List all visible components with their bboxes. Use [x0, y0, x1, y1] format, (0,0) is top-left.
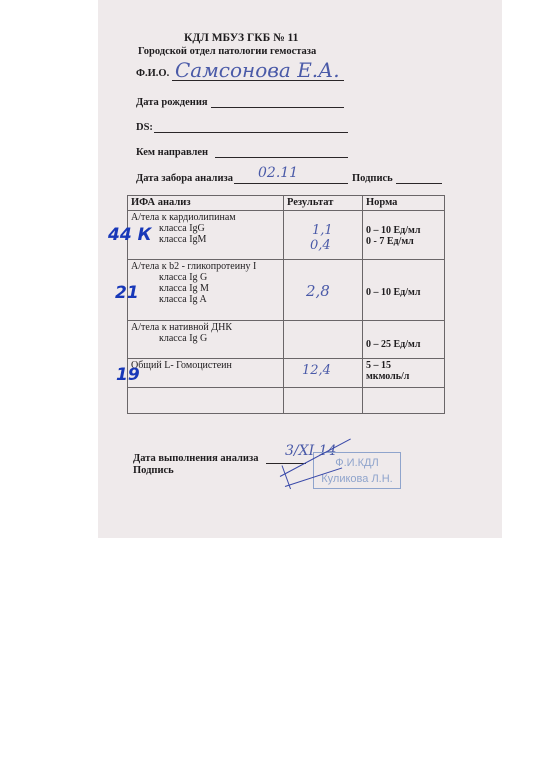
completion-date-label: Дата выполнения анализа	[133, 453, 258, 464]
fio-label: Ф.И.О.	[136, 68, 169, 79]
margin-mark: 19	[116, 365, 140, 385]
table-row: А/тела к нативной ДНК класса Ig G 0 – 25…	[128, 321, 445, 359]
column-header-norm: Норма	[363, 196, 445, 211]
referred-by-label: Кем направлен	[136, 147, 208, 158]
test-name: А/тела к b2 - гликопротеину I	[131, 261, 256, 272]
subtest-name: класса Ig G	[131, 333, 280, 344]
sample-signature-line	[396, 183, 442, 184]
department-title: Городской отдел патологии гемостаза	[138, 46, 316, 57]
ds-line	[154, 132, 348, 133]
column-header-test: ИФА анализ	[128, 196, 284, 211]
norm-value: мкмоль/л	[366, 371, 441, 382]
table-row	[128, 388, 445, 414]
norm-value	[363, 388, 445, 414]
norm-value: 0 – 25 Ед/мл	[366, 339, 420, 350]
institution-title: КДЛ МБУЗ ГКБ № 11	[184, 32, 298, 44]
sample-date-label: Дата забора анализа	[136, 173, 233, 184]
subtest-name: класса IgM	[131, 234, 280, 245]
sample-signature-label: Подпись	[352, 173, 393, 184]
margin-mark: 21	[115, 283, 139, 303]
test-name: Общий L- Гомоцистеин	[131, 360, 232, 371]
column-header-result: Результат	[284, 196, 363, 211]
table-row: Общий L- Гомоцистеин 12,4 5 – 15 мкмоль/…	[128, 359, 445, 388]
stamp-line: Ф.И.КДЛ	[314, 455, 400, 471]
norm-value: 0 – 10 Ед/мл	[366, 287, 420, 298]
fio-value: Самсонова Е.А.	[175, 58, 340, 82]
ds-label: DS:	[136, 122, 153, 133]
referred-by-line	[215, 157, 348, 158]
norm-value: 0 - 7 Ед/мл	[366, 236, 441, 247]
result-value: 2,8	[306, 282, 330, 300]
birth-date-label: Дата рождения	[136, 97, 208, 108]
subtest-name: класса Ig A	[131, 294, 280, 305]
table-row: А/тела к b2 - гликопротеину I класса Ig …	[128, 260, 445, 321]
sample-date-line	[234, 183, 348, 184]
subtest-name: класса Ig M	[131, 283, 280, 294]
norm-value: 5 – 15	[366, 360, 441, 371]
test-name: А/тела к кардиолипинам	[131, 212, 236, 223]
completion-signature-label: Подпись	[133, 465, 174, 476]
sample-date-value: 02.11	[258, 165, 298, 181]
subtest-name: класса IgG	[131, 223, 280, 234]
test-name	[128, 388, 284, 414]
margin-mark: 44 К	[108, 225, 151, 245]
result-value	[284, 388, 363, 414]
lab-stamp: Ф.И.КДЛ Куликова Л.Н.	[313, 452, 401, 489]
result-value: 0,4	[310, 238, 331, 253]
result-value: 12,4	[302, 363, 331, 378]
birth-date-line	[211, 107, 344, 108]
test-name: А/тела к нативной ДНК	[131, 322, 232, 333]
result-value	[284, 321, 363, 359]
result-value: 1,1	[312, 223, 333, 238]
table-header-row: ИФА анализ Результат Норма	[128, 196, 445, 211]
results-table: ИФА анализ Результат Норма А/тела к кард…	[127, 195, 445, 414]
norm-value: 0 – 10 Ед/мл	[366, 225, 441, 236]
table-row: А/тела к кардиолипинам класса IgG класса…	[128, 211, 445, 260]
subtest-name: класса Ig G	[131, 272, 280, 283]
